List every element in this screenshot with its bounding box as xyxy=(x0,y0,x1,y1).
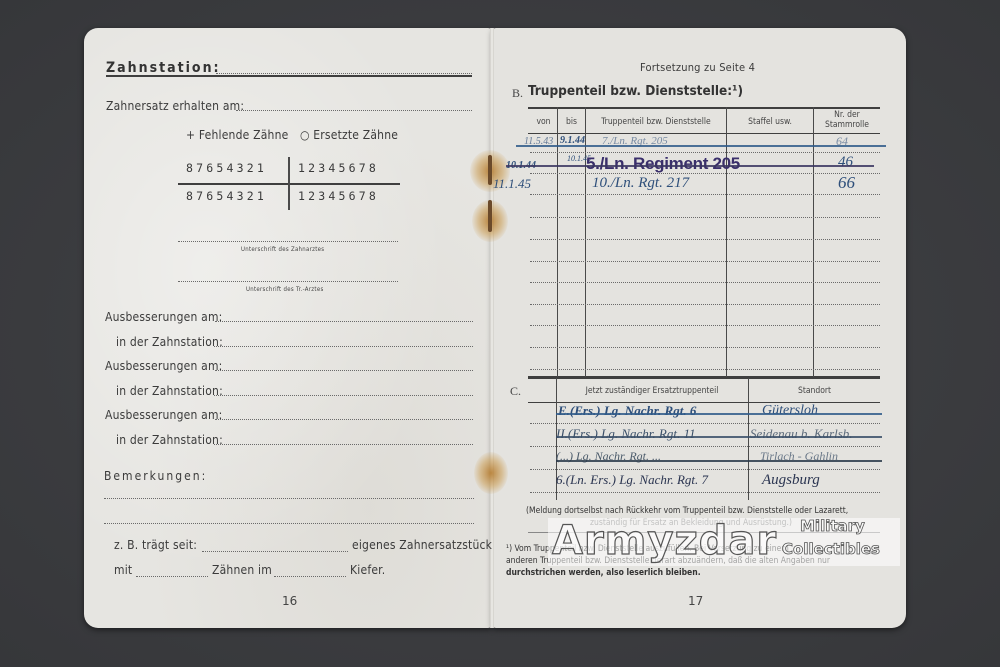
table-b-row-line xyxy=(530,239,880,240)
wears-since-field[interactable] xyxy=(202,551,348,552)
c-row4-location: Augsburg xyxy=(762,472,820,489)
section-c-letter: C. xyxy=(510,384,521,399)
wears-since-label: z. B. trägt seit: xyxy=(114,538,197,552)
title-underline xyxy=(106,75,472,77)
teeth-upper-left[interactable]: 87654321 xyxy=(186,161,267,175)
col-header-staffel: Staffel usw. xyxy=(727,117,813,127)
jaw-label: Kiefer. xyxy=(350,563,385,577)
table-b-row-line xyxy=(530,217,880,218)
page-number-right: 17 xyxy=(688,594,703,608)
repairs-label-2: Ausbesserungen am: xyxy=(105,359,223,373)
row2-nr: 46 xyxy=(838,154,853,171)
dentist-signature-caption: Unterschrift des Zahnarztes xyxy=(241,246,324,253)
repairs-station-label-2: in der Zahnstation: xyxy=(116,384,223,398)
table-b-row-line xyxy=(530,304,880,305)
c-row1-unit: E.(Ers.) Lg. Nachr. Rgt. 6 xyxy=(558,403,696,419)
own-denture-label: eigenes Zahnersatzstück xyxy=(352,538,492,552)
col-header-unit: Truppenteil bzw. Dienststelle xyxy=(586,117,726,127)
remarks-field-2[interactable] xyxy=(104,523,474,524)
table-c-row-line xyxy=(530,446,880,447)
repairs-station-label-3: in der Zahnstation: xyxy=(116,433,223,447)
denture-received-label: Zahnersatz erhalten am: xyxy=(106,99,244,113)
teeth-lower-left[interactable]: 87654321 xyxy=(186,189,267,203)
repairs-date-field-1[interactable] xyxy=(215,321,473,322)
watermark-collectibles: Collectibles xyxy=(782,540,880,558)
legend-replaced-teeth: ○ Ersetzte Zähne xyxy=(300,128,398,142)
watermark-logo: Armyzdar xyxy=(552,518,777,564)
repairs-label-3: Ausbesserungen am: xyxy=(105,408,223,422)
col-header-von: von xyxy=(530,117,557,127)
teeth-upper-right[interactable]: 12345678 xyxy=(298,161,379,175)
strikethrough-line xyxy=(556,413,882,415)
repairs-station-field-2[interactable] xyxy=(214,395,473,396)
c-row2-unit: II.(Ers.) Lg. Nachr. Rgt. 11 xyxy=(556,426,696,442)
c-row1-location: Gütersloh xyxy=(762,403,818,419)
repairs-date-field-3[interactable] xyxy=(215,419,473,420)
doctor-signature-field[interactable] xyxy=(178,281,398,282)
c-row2-location: Seidenau b. Karlsb. xyxy=(750,426,853,442)
row3-von: 11.1.45 xyxy=(493,176,531,192)
section-b-letter: B. xyxy=(512,86,523,101)
table-b-row-line xyxy=(530,347,880,348)
table-b-col-divider xyxy=(813,107,814,377)
repairs-station-field-1[interactable] xyxy=(214,346,473,347)
table-b-row-line xyxy=(530,152,880,153)
strikethrough-line xyxy=(556,460,882,462)
staple xyxy=(488,155,492,185)
col-header-standort: Standort xyxy=(749,386,880,396)
remarks-field-1[interactable] xyxy=(104,498,474,499)
table-b-row-line xyxy=(530,369,880,370)
table-b-header-border xyxy=(528,133,880,134)
table-c-row-line xyxy=(530,469,880,470)
repairs-station-field-3[interactable] xyxy=(214,444,473,445)
with-label: mit xyxy=(114,563,132,577)
watermark-military: Military xyxy=(800,517,865,535)
table-b-row-line xyxy=(530,282,880,283)
table-b-row-line xyxy=(530,325,880,326)
col-header-ersatztruppenteil: Jetzt zuständiger Ersatztruppenteil xyxy=(557,386,747,396)
table-c-row-line xyxy=(530,492,880,493)
denture-received-field[interactable] xyxy=(236,110,472,111)
row3-unit: 10./Ln. Rgt. 217 xyxy=(592,175,689,192)
page-title-zahnstation: Zahnstation: xyxy=(106,60,221,76)
col-header-stammrolle: Nr. der Stammrolle xyxy=(814,110,880,130)
table-b-col-divider xyxy=(726,107,727,377)
legend-missing-teeth: + Fehlende Zähne xyxy=(186,128,288,142)
staple xyxy=(488,200,492,232)
row3-nr: 66 xyxy=(838,173,855,193)
table-c-row-line xyxy=(530,423,880,424)
unit-stamp: 5./Ln. Regiment 205 xyxy=(586,154,740,174)
teeth-count-field[interactable] xyxy=(136,576,208,577)
c-row4-unit: 6.(Ln. Ers.) Lg. Nachr. Rgt. 7 xyxy=(556,472,708,488)
section-b-title: Truppenteil bzw. Dienststelle:¹) xyxy=(528,83,743,99)
dentist-signature-field[interactable] xyxy=(178,241,398,242)
rust-stain xyxy=(474,452,508,494)
table-b-top-border xyxy=(528,107,880,109)
strikethrough-line xyxy=(556,436,882,438)
note-line-1: (Meldung dortselbst nach Rückkehr vom Tr… xyxy=(526,506,848,516)
strikethrough-line xyxy=(516,145,886,147)
table-b-col-divider xyxy=(557,107,558,377)
remarks-label: Bemerkungen: xyxy=(104,469,207,483)
table-b-row-line xyxy=(530,261,880,262)
repairs-date-field-2[interactable] xyxy=(215,370,473,371)
repairs-label-1: Ausbesserungen am: xyxy=(105,310,223,324)
jaw-field[interactable] xyxy=(274,576,346,577)
teeth-in-label: Zähnen im xyxy=(212,563,272,577)
repairs-station-label-1: in der Zahnstation: xyxy=(116,335,223,349)
footnote-line-3: durchstrichen werden, also leserlich ble… xyxy=(506,568,701,578)
col-header-bis: bis xyxy=(558,117,585,127)
table-c-col-divider xyxy=(748,378,749,500)
continuation-heading: Fortsetzung zu Seite 4 xyxy=(640,61,755,74)
table-b-row-line xyxy=(530,194,880,195)
teeth-chart-vertical xyxy=(288,157,290,210)
dotted-line xyxy=(216,73,472,74)
strikethrough-line xyxy=(506,165,874,167)
table-c-top-border xyxy=(528,378,880,379)
table-b-col-divider xyxy=(585,107,586,377)
teeth-lower-right[interactable]: 12345678 xyxy=(298,189,379,203)
doctor-signature-caption: Unterschrift des Tr.-Arztes xyxy=(246,286,324,293)
page-number-left: 16 xyxy=(282,594,297,608)
